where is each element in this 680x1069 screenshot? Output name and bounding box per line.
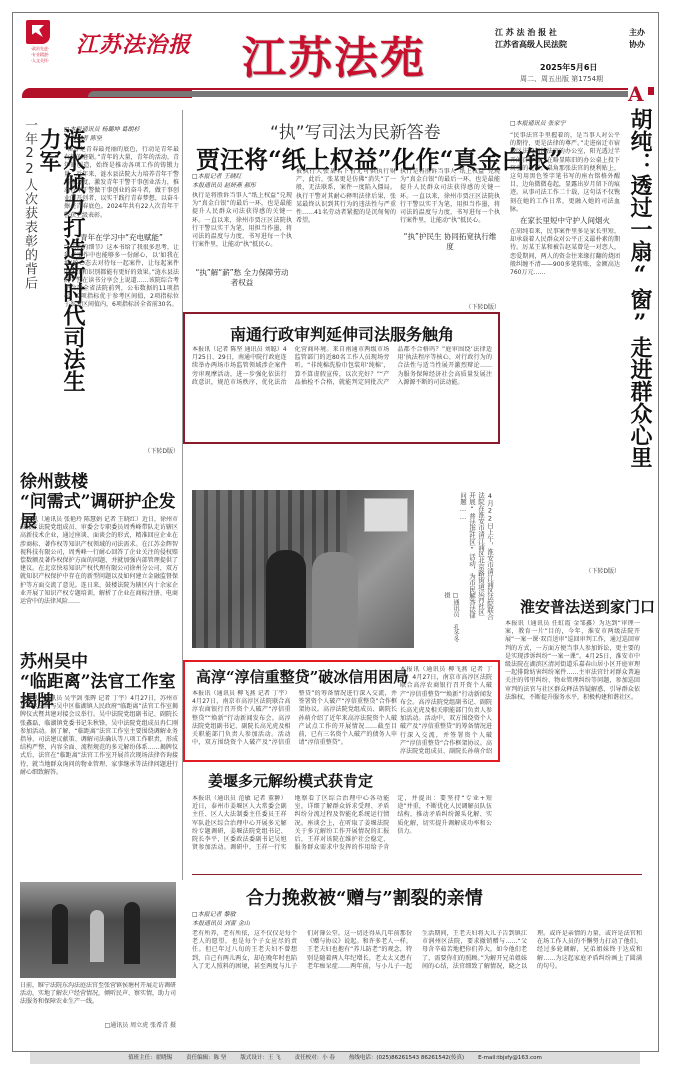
footer-email: E-mail:tbjsfy@163.com bbox=[478, 1052, 542, 1064]
gift-case-body: 老有所养，老有所依，这不仅仅是每个老人的愿望，也是每个子女应尽的责任。但已年过八… bbox=[192, 930, 642, 1042]
wuzhong-body: 本报讯（通讯员 吴宇剑 张晖 记者 丁宇）4月27日，苏州市吴中区法院与吴中区临… bbox=[20, 695, 178, 865]
section-letter: A bbox=[628, 82, 644, 106]
section-marker-icon bbox=[648, 87, 654, 95]
huchun-byline: □本报通讯员 张家宁 bbox=[510, 119, 620, 128]
footer-responsible-editor: 责任编辑：陈 坚 bbox=[186, 1052, 226, 1064]
byline-line: □本报通讯员 杨璐坤 葛朗杉 bbox=[64, 125, 179, 134]
jiawang-body-3: 执行是将胜诉当事人“纸上权益”兑现为“真金白银”的最后一环，也是最能提升人民群众… bbox=[400, 168, 500, 228]
footer-duty-editor: 值班主任：翟晓锡 bbox=[128, 1052, 172, 1064]
jiangyan-body: 本报讯（通讯员 范敏 记者 董翀）近日，泰州市姜堰区人大常委会副主任、区人大法制… bbox=[192, 795, 492, 865]
judge-figure bbox=[266, 550, 306, 648]
huchun-body: “民事法官手里握着的，是当事人对公平的期待，更是法律的尊严。”走进宿迁市宿豫区法… bbox=[510, 132, 620, 214]
lianshui-byline: □本报通讯员 杨璐坤 葛朗杉 本报记者 陈坚 bbox=[64, 125, 179, 143]
footer-hotline: 热线电话：(025)86261543 86261542(传真) bbox=[349, 1052, 464, 1064]
gaochun-body: 本报讯（通讯员 柳飞燕 记者 丁宇）4月27日，南京市高淳区法院联合高淳农商银行… bbox=[192, 690, 397, 754]
nantong-body: 本报讯（记者 陈坚 通讯员 刘聪）4月25日、29日，南通中院行政庭连续举办两场… bbox=[192, 346, 492, 436]
person-figure bbox=[124, 902, 140, 964]
page-footer: 值班主任：翟晓锡 责任编辑：陈 坚 版式设计：王 飞 责任校对：小 春 热线电话… bbox=[30, 1052, 640, 1064]
headline-line: 徐州鼓楼 bbox=[20, 472, 180, 492]
photo-caption: 4月22日上午，淮安市清江浦区法院联合法院在淮安市清江浦区北京路街道运河社区开展… bbox=[458, 492, 494, 620]
lianshui-continued: （下转D版） bbox=[64, 446, 179, 455]
edition-info: 周二、周五出版 第1754期 bbox=[520, 74, 603, 84]
slogan-3: ·人文关怀· bbox=[20, 58, 60, 64]
jiawang-subhead-2: “执”护民生 协同拓宽执行维度 bbox=[400, 232, 500, 252]
slogans: ·政治先进· ·专业精湛· ·人文关怀· bbox=[20, 46, 60, 64]
person-figure bbox=[90, 910, 104, 962]
huaian-body: 本报讯（通讯员 任虹霞 金邹鑫）为达到“审理一案，教育一片”目的，今年，淮安市两… bbox=[505, 620, 640, 868]
newspaper-logo-icon bbox=[26, 20, 50, 44]
photo-credit: □通讯员 孔冬冬 摄 bbox=[442, 592, 460, 648]
jiawang-body: 执行是将胜诉当事人“纸上权益”兑现为“真金白银”的最后一环，也是最能提升人民群众… bbox=[192, 192, 292, 262]
byline-line: □本报记者 黎敏 bbox=[192, 910, 292, 919]
huchun-continued: （下转D版） bbox=[510, 566, 620, 575]
gift-case-byline: □本报记者 黎敏 本报通讯员 刘蕾 金山 bbox=[192, 910, 292, 928]
publisher-role: 主办 bbox=[629, 27, 645, 39]
huchun-body-2: 在胡纯看来，民事案件里多是家长里短，却承载着人民群众对公平正义最朴素的期待。厉某… bbox=[510, 228, 620, 560]
issue-date: 2025年5月6日 bbox=[540, 62, 597, 73]
header-rule-gray bbox=[88, 91, 628, 97]
gift-case-headline: 合力挽救被“赠与”割裂的亲情 bbox=[246, 884, 483, 910]
lianshui-subhead: 青年在学习中“充电赋能” bbox=[64, 232, 179, 243]
footer-layout-designer: 版式设计：王 飞 bbox=[240, 1052, 280, 1064]
lianshui-body: “奋斗是青春最亮丽的底色，行动是青年最有效的磨砺。”青年的大量，青年的活动，青年… bbox=[64, 146, 179, 228]
nantong-headline: 南通行政审判延伸司法服务触角 bbox=[230, 322, 454, 345]
court-photo bbox=[192, 490, 414, 648]
huaian-headline: 淮安普法送到家门口 bbox=[520, 596, 655, 617]
footer-proofreader: 责任校对：小 春 bbox=[295, 1052, 335, 1064]
section-title: 江苏法苑 bbox=[242, 22, 426, 86]
co-publisher-name: 江苏省高级人民法院 bbox=[495, 39, 567, 51]
byline-line: 本报通讯员 刘蕾 金山 bbox=[192, 919, 292, 928]
farm-photo bbox=[20, 882, 176, 978]
gaochun-body-2: 本报讯（通讯员 柳飞燕 记者 丁宇）4月27日，南京市高淳区法院联合高淳农商银行… bbox=[400, 666, 492, 754]
gaochun-headline: 高淳“淳信重整贷”破冰信用困局 bbox=[196, 666, 408, 687]
lianshui-body-2: “《法治的细节》这本书给了我很多思考，让我在工作中也能够多一份耐心，以‘如我在诉… bbox=[64, 244, 179, 440]
jiawang-byline: □本报记者 王晓红 本报通讯员 赵妍燕 郝彤 bbox=[192, 172, 292, 190]
farm-photo-caption: 日前，睢宁法院东沟法庭法官至张营镇侯塘村开展走访调研活动，实地了解农户经营情况，… bbox=[20, 982, 176, 1016]
publisher-info: 江 苏 法 治 报 社主办 江苏省高级人民法院协办 bbox=[495, 27, 645, 51]
jiawang-subhead-1: “执”解“薪”愁 全力保障劳动者权益 bbox=[192, 268, 292, 288]
publisher-name: 江 苏 法 治 报 社 bbox=[495, 27, 557, 39]
gulou-body: 本报讯（通讯员 张艳玲 陈慧娟 记者 王晓红）近日，徐州市鼓楼区法院党组成员、审… bbox=[20, 516, 178, 640]
citizen-figure bbox=[312, 552, 358, 648]
section-divider bbox=[192, 874, 642, 875]
co-publisher-role: 协办 bbox=[629, 39, 645, 51]
court-sign bbox=[364, 498, 408, 532]
byline-line: 本报通讯员 赵妍燕 郝彤 bbox=[192, 181, 292, 190]
person-figure bbox=[52, 904, 68, 964]
header-rule-thin bbox=[192, 88, 628, 90]
headline-line: 苏州吴中 bbox=[20, 652, 180, 672]
huchun-headline: 胡纯：透过一扇“窗”走进群众心里 bbox=[628, 108, 652, 508]
jiangyan-headline: 姜堰多元解纷模式获肯定 bbox=[208, 770, 373, 791]
paper-name: 江苏法治报 bbox=[76, 28, 191, 59]
farm-photo-credit: □通讯员 周立虎 张希青 摄 bbox=[20, 1020, 176, 1029]
jiawang-continued: （下转D版） bbox=[400, 302, 500, 311]
column-divider bbox=[182, 110, 183, 880]
byline-line: 本报记者 陈坚 bbox=[64, 134, 179, 143]
jiawang-body-2: 被执行人张某名下暂无可供执行财产，此后，张某更是仿佛“消失”了一般，无法联系，案… bbox=[296, 168, 396, 308]
byline-line: □本报记者 王晓红 bbox=[192, 172, 292, 181]
huchun-subhead: 在家长里短中守护人间烟火 bbox=[510, 215, 620, 226]
